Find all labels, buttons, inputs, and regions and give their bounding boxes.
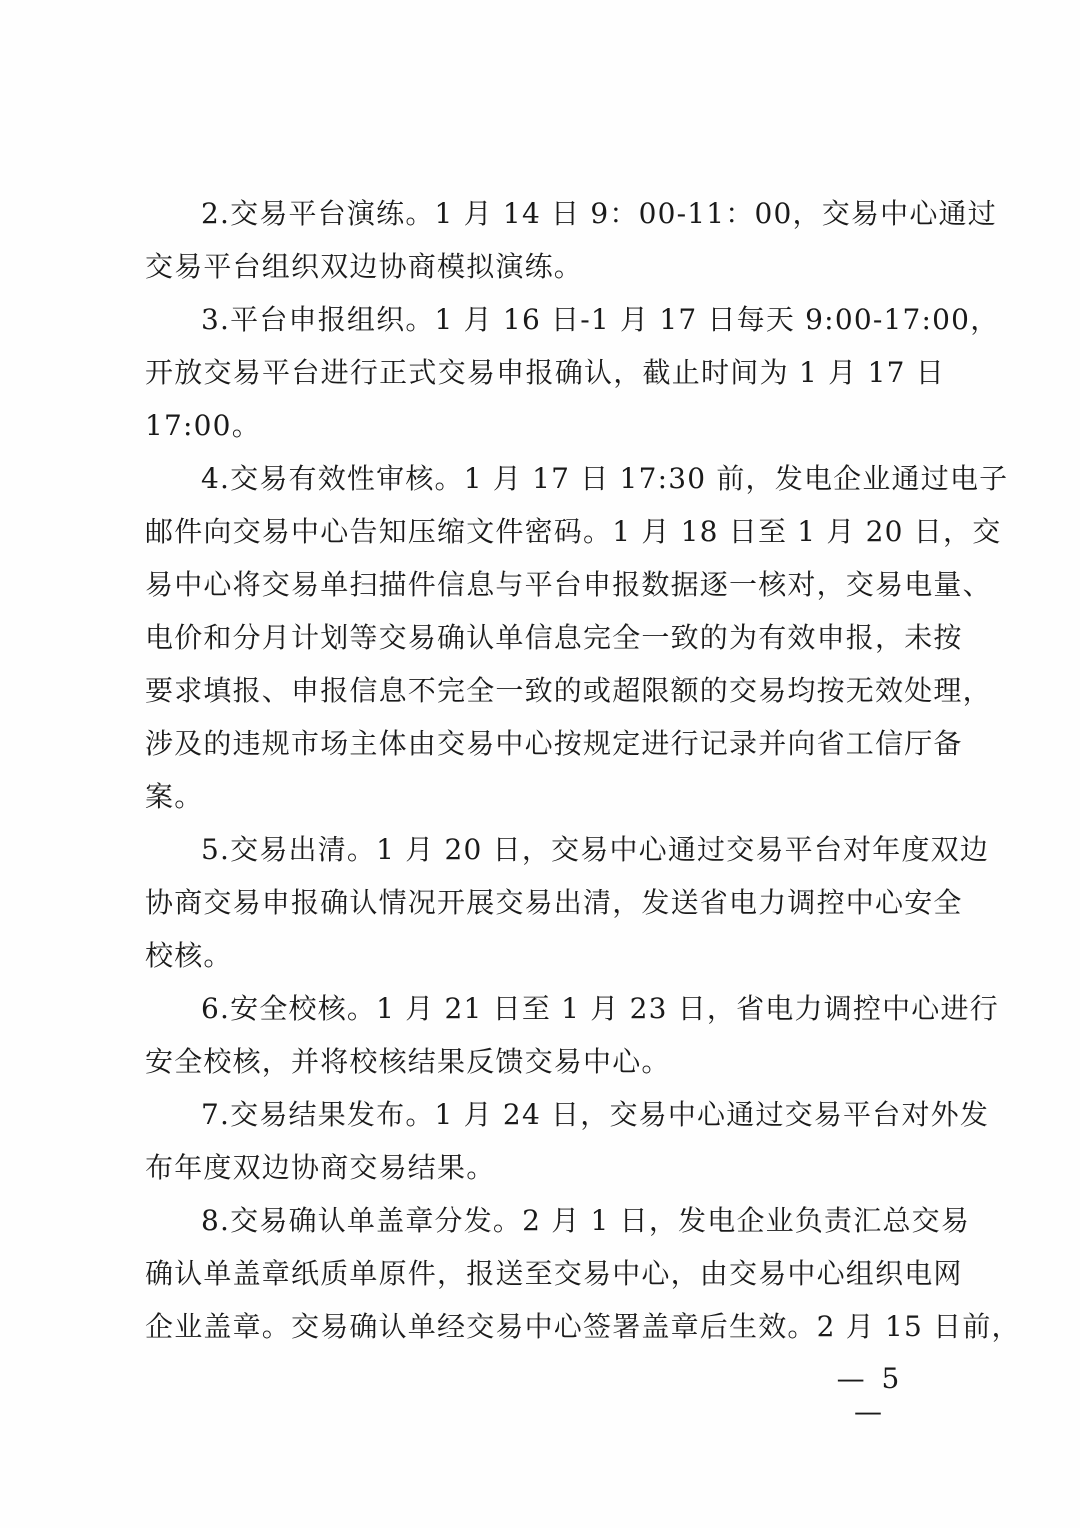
paragraph-line: 开放交易平台进行正式交易申报确认，截止时间为 1 月 17 日 — [145, 346, 945, 399]
paragraph-line: 案。 — [145, 770, 945, 823]
paragraph-line: 易中心将交易单扫描件信息与平台申报数据逐一核对，交易电量、 — [145, 558, 945, 611]
paragraph-line: 要求填报、申报信息不完全一致的或超限额的交易均按无效处理， — [145, 664, 945, 717]
paragraph-line: 电价和分月计划等交易确认单信息完全一致的为有效申报，未按 — [145, 611, 945, 664]
paragraph-line: 邮件向交易中心告知压缩文件密码。1 月 18 日至 1 月 20 日，交 — [145, 505, 945, 558]
paragraph-first-line: 3.平台申报组织。1 月 16 日-1 月 17 日每天 9:00-17:00， — [145, 293, 945, 346]
paragraph-first-line: 2.交易平台演练。1 月 14 日 9：00-11：00，交易中心通过 — [145, 187, 945, 240]
paragraph-line: 交易平台组织双边协商模拟演练。 — [145, 240, 945, 293]
paragraph-line: 布年度双边协商交易结果。 — [145, 1141, 945, 1194]
paragraph-first-line: 4.交易有效性审核。1 月 17 日 17:30 前，发电企业通过电子 — [145, 452, 945, 505]
paragraph-line: 17:00。 — [145, 399, 945, 452]
paragraph-first-line: 5.交易出清。1 月 20 日，交易中心通过交易平台对年度双边 — [145, 823, 945, 876]
paragraph-line: 确认单盖章纸质单原件，报送至交易中心，由交易中心组织电网 — [145, 1247, 945, 1300]
paragraph-line: 涉及的违规市场主体由交易中心按规定进行记录并向省工信厅备 — [145, 717, 945, 770]
paragraph-line: 协商交易申报确认情况开展交易出清，发送省电力调控中心安全 — [145, 876, 945, 929]
paragraph-line: 企业盖章。交易确认单经交易中心签署盖章后生效。2 月 15 日前， — [145, 1300, 945, 1353]
document-body: 2.交易平台演练。1 月 14 日 9：00-11：00，交易中心通过交易平台组… — [145, 187, 945, 1353]
paragraph-line: 校核。 — [145, 929, 945, 982]
page-number: — 5 — — [820, 1362, 920, 1428]
document-page: 2.交易平台演练。1 月 14 日 9：00-11：00，交易中心通过交易平台组… — [0, 0, 1080, 1528]
paragraph-first-line: 8.交易确认单盖章分发。2 月 1 日，发电企业负责汇总交易 — [145, 1194, 945, 1247]
paragraph-first-line: 6.安全校核。1 月 21 日至 1 月 23 日，省电力调控中心进行 — [145, 982, 945, 1035]
paragraph-line: 安全校核，并将校核结果反馈交易中心。 — [145, 1035, 945, 1088]
paragraph-first-line: 7.交易结果发布。1 月 24 日，交易中心通过交易平台对外发 — [145, 1088, 945, 1141]
